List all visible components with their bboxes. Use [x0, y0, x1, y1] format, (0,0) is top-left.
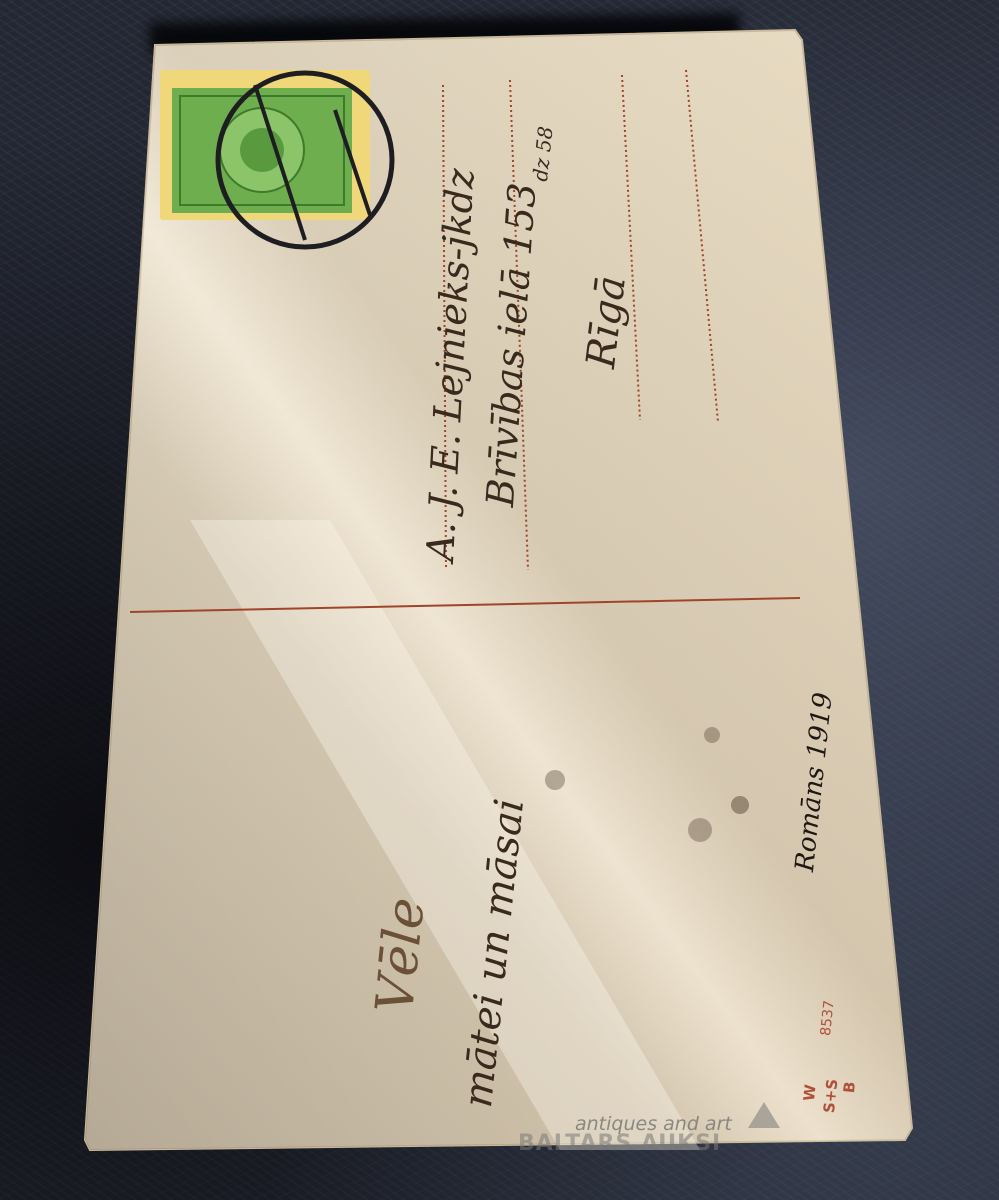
crown-icon	[748, 1102, 780, 1128]
printer-letter-w: W	[800, 1084, 820, 1102]
watermark-brand: BALTARS AUKSI	[518, 1131, 721, 1156]
printer-letter-ss: S+S	[820, 1078, 841, 1114]
message-line-1: Vēle	[365, 895, 437, 1016]
postcard: A. J. E. Lejnieks-jkdz Brīvības ielā 153…	[0, 0, 999, 1200]
printer-letter-b: B	[840, 1081, 859, 1094]
postage-stamp	[160, 70, 370, 220]
